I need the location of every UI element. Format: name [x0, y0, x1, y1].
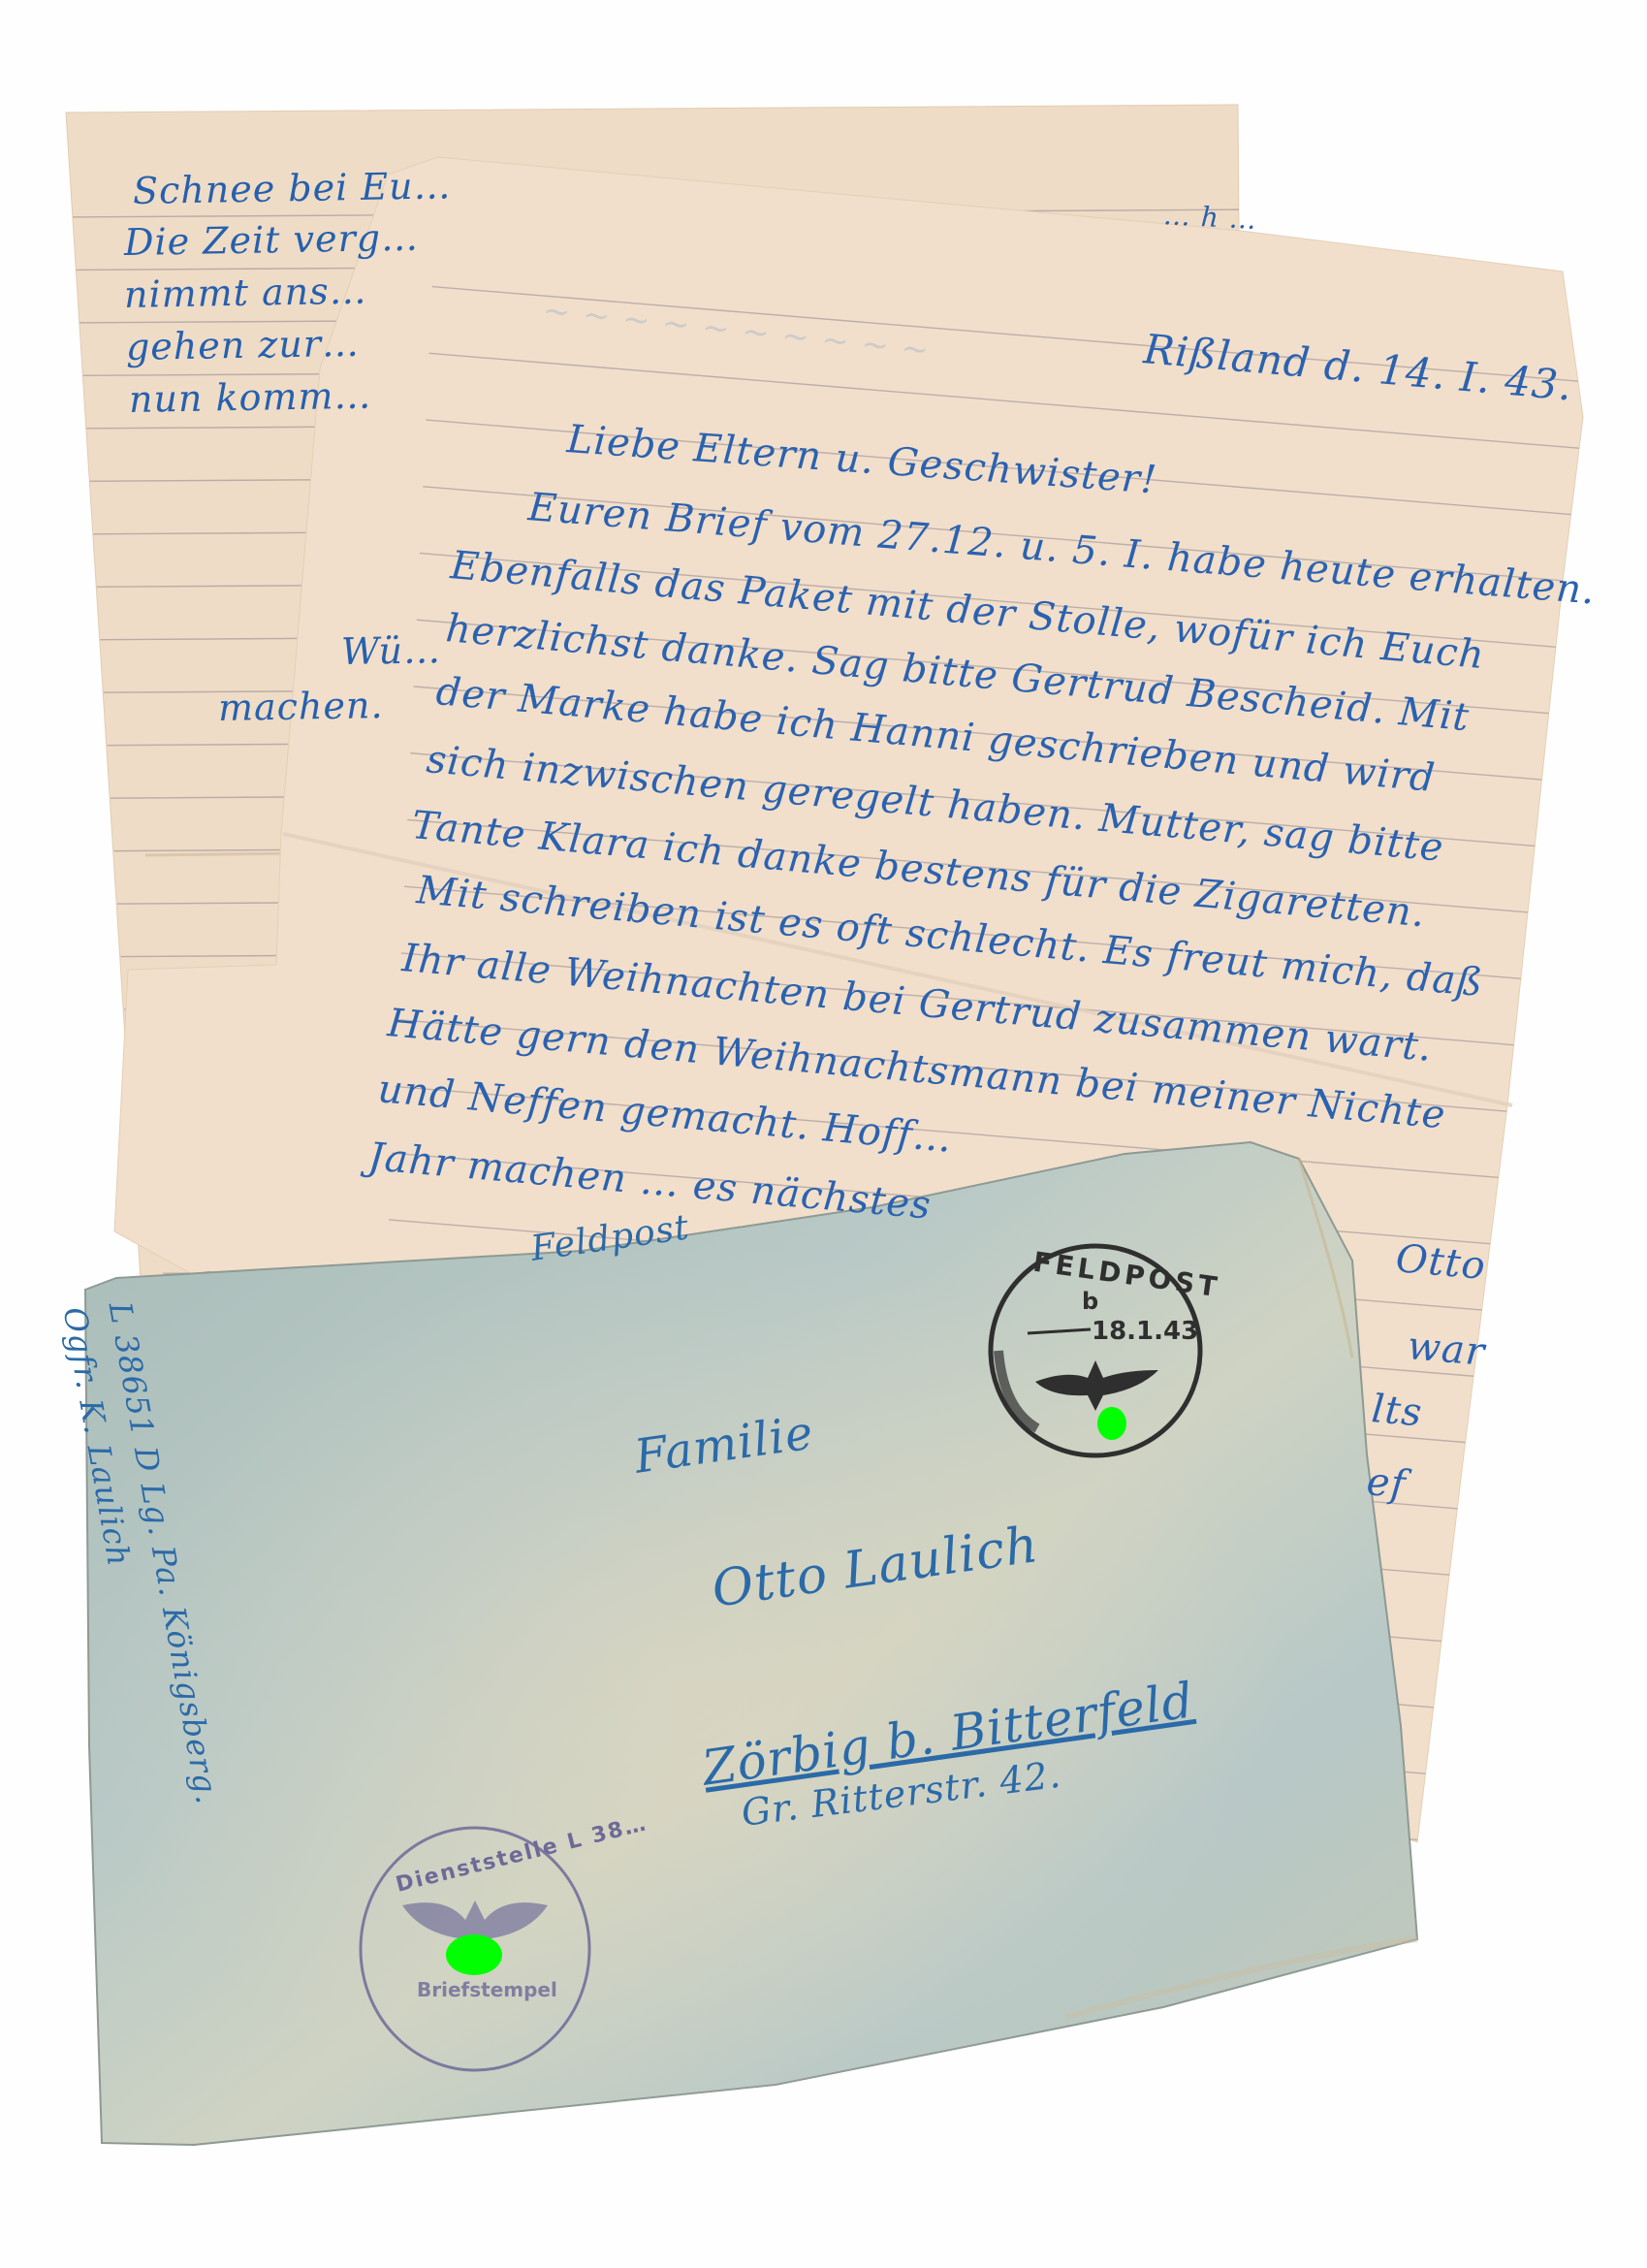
postmark-date: 18.1.43 — [1092, 1317, 1198, 1346]
back-line: Schnee bei Eu… — [133, 164, 452, 212]
back-line: Die Zeit verg… — [124, 216, 420, 264]
back-line: machen. — [218, 684, 384, 729]
body-line-fragment: ef — [1365, 1459, 1408, 1507]
redaction-dot — [446, 1934, 502, 1975]
scanned-letter-page: Schnee bei Eu… Die Zeit verg… nimmt ans…… — [0, 0, 1647, 2268]
back-line: nun komm… — [129, 374, 372, 421]
back-line: nimmt ans… — [124, 270, 367, 316]
body-line-fragment: Otto — [1394, 1236, 1488, 1289]
redaction-dot — [1097, 1407, 1126, 1440]
back-fragment: … h … — [1162, 199, 1257, 236]
unit-stamp-bottom-text: Briefstempel — [417, 1978, 557, 2001]
body-line-fragment: war — [1406, 1324, 1487, 1375]
back-line: gehen zur… — [126, 322, 361, 368]
postmark-letter: b — [1082, 1288, 1098, 1315]
back-line: Wü… — [341, 628, 442, 673]
body-line-fragment: lts — [1370, 1387, 1424, 1435]
